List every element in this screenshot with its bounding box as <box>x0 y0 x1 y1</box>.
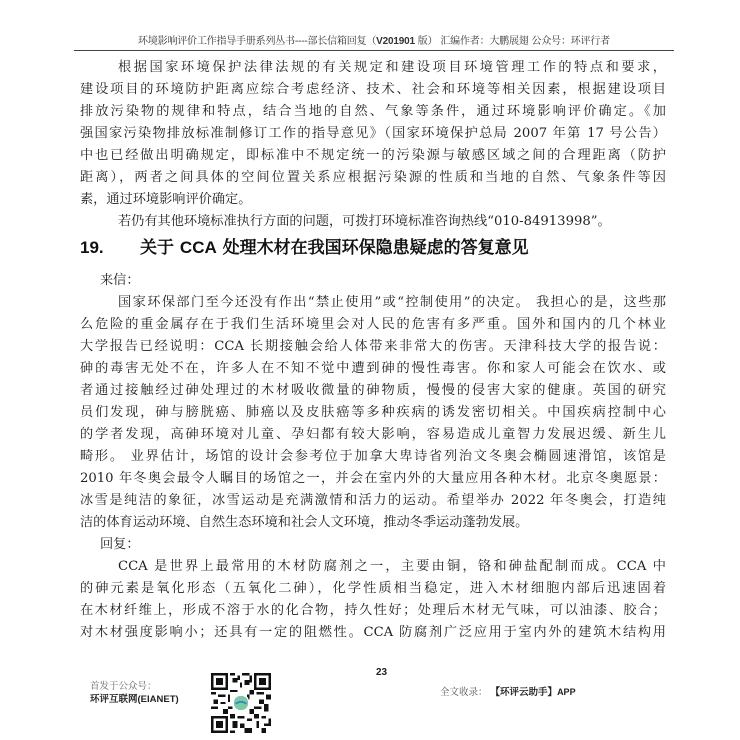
footer-source: 首发于公众号： 环评互联网(EIANET) <box>90 680 179 706</box>
account-name-en: (EIANET) <box>138 694 179 705</box>
letter-line: 畸形。 业界估计，场馆的设计会参考位于加拿大卑诗省列治文冬奥会椭圆速滑馆，该馆是 <box>80 446 666 468</box>
first-published-label: 首发于公众号： <box>90 680 179 693</box>
document-page: 环境影响评价工作指导手册系列丛书----部长信箱回复（V201901 版） 汇编… <box>0 0 740 740</box>
reply-line: 的砷元素是氧化形态（五氧化二砷），化学性质相当稳定，进入木材细胞内部后迅速固着 <box>80 578 666 600</box>
reply-line: CCA 是世界上最常用的木材防腐剂之一，主要由铜，铬和砷盐配制而成。CCA 中 <box>118 556 666 578</box>
reply-line: 在木材纤维上，形成不溶于水的化合物，持久性好；处理后木材无气味，可以油漆、胶合； <box>80 600 666 622</box>
header-series-suffix: 版） 汇编作者：大鹏展翅 公众号：环评行者 <box>415 36 610 47</box>
letter-line: 洁的体育运动环境、自然生态环境和社会人文环境，推动冬季运动蓬勃发展。 <box>80 512 528 534</box>
section-title-post: 处理木材在我国环保隐患疑虑的答复意见 <box>223 238 529 258</box>
paragraph-line: 中也已经做出明确规定，即标准中不规定统一的污染源与敏感区域之间的合理距离（防护 <box>80 145 666 167</box>
paragraph-line: 排放污染物的规律和特点，结合当地的自然、气象等条件，通过环境影响评价确定。《加 <box>80 101 666 123</box>
collection-app: 【环评云助手】APP <box>491 687 576 698</box>
collection-label: 全文收录： <box>440 687 488 698</box>
hotline-line: 若仍有其他环境标准执行方面的问题，可拨打环境标准咨询热线“010-8491399… <box>118 211 611 233</box>
paragraph-line: 建设项目的环境防护距离应综合考虑经济、技术、社会和环境等相关因素，根据建设项目 <box>80 79 666 101</box>
collection-app-cn: 【环评云助手】 <box>491 687 558 698</box>
qr-code-icon <box>211 673 271 733</box>
paragraph-line: 距离），两者之间具体的空间位置关系应根据污染源的性质和当地的自然、气象条件等因 <box>80 167 666 189</box>
account-name: 环评互联网(EIANET) <box>90 693 179 706</box>
letter-line: 冰雪是纯洁的象征，冰雪运动是充满激情和活力的运动。希望举办 2022 年冬奥会，… <box>80 490 666 512</box>
letter-line: 者通过接触经过砷处理过的木材吸收微量的砷物质，慢慢的侵害大家的健康。英国的研究 <box>80 380 666 402</box>
page-number: 23 <box>376 667 387 678</box>
paragraph-line: 根据国家环境保护法律法规的有关规定和建设项目环境管理工作的特点和要求， <box>118 57 666 79</box>
letter-line: 国家环保部门至今还没有作出“禁止使用”或“控制使用”的决定。 我担心的是，这些那 <box>118 292 666 314</box>
letter-line: 的学者发现，高砷环境对儿童、孕妇都有较大影响，容易造成儿童智力发展迟缓、新生儿 <box>80 424 666 446</box>
paragraph-line: 强国家污染物排放标准制修订工作的指导意见》（国家环境保护总局 2007 年第 1… <box>80 123 666 145</box>
letter-line: 大学报告已经说明：CCA 长期接触会给人体带来非常大的伤害。天津科技大学的报告说… <box>80 336 666 358</box>
letter-line: 砷的毒害无处不在，许多人在不知不觉中遭到砷的慢性毒害。你和家人可能会在饮水、或 <box>80 358 666 380</box>
letter-line: 员们发现，砷与膀胱癌、肺癌以及皮肤癌等多种疾病的诱发密切相关。中国疾病控制中心 <box>80 402 666 424</box>
letter-line: 么危险的重金属存在于我们生活环境里会对人民的危害有多严重。国外和国内的几个林业 <box>80 314 666 336</box>
running-header: 环境影响评价工作指导手册系列丛书----部长信箱回复（V201901 版） 汇编… <box>72 35 676 49</box>
account-name-cn: 环评互联网 <box>90 694 138 705</box>
section-title-latin: CCA <box>180 238 217 257</box>
section-heading: 19.关于 CCA 处理木材在我国环保隐患疑虑的答复意见 <box>80 235 529 261</box>
reply-label: 回复： <box>100 534 140 556</box>
footer-collection: 全文收录： 【环评云助手】APP <box>440 686 576 699</box>
collection-app-en: APP <box>557 687 576 697</box>
header-series-title: 环境影响评价工作指导手册系列丛书----部长信箱回复（ <box>138 36 376 47</box>
reply-line: 对木材强度影响小；还具有一定的阻燃性。CCA 防腐剂广泛应用于室内外的建筑木结构… <box>80 622 666 644</box>
section-title-pre: 关于 <box>140 238 174 258</box>
letter-line: 2010 年冬奥会最令人瞩目的场馆之一，并会在室内外的大量应用各种木材。北京冬奥… <box>80 468 666 490</box>
header-divider <box>74 50 674 51</box>
header-version: V201901 <box>376 36 415 47</box>
letter-label: 来信： <box>100 270 140 292</box>
paragraph-line: 素，通过环境影响评价确定。 <box>80 189 251 211</box>
section-number: 19. <box>80 235 140 261</box>
